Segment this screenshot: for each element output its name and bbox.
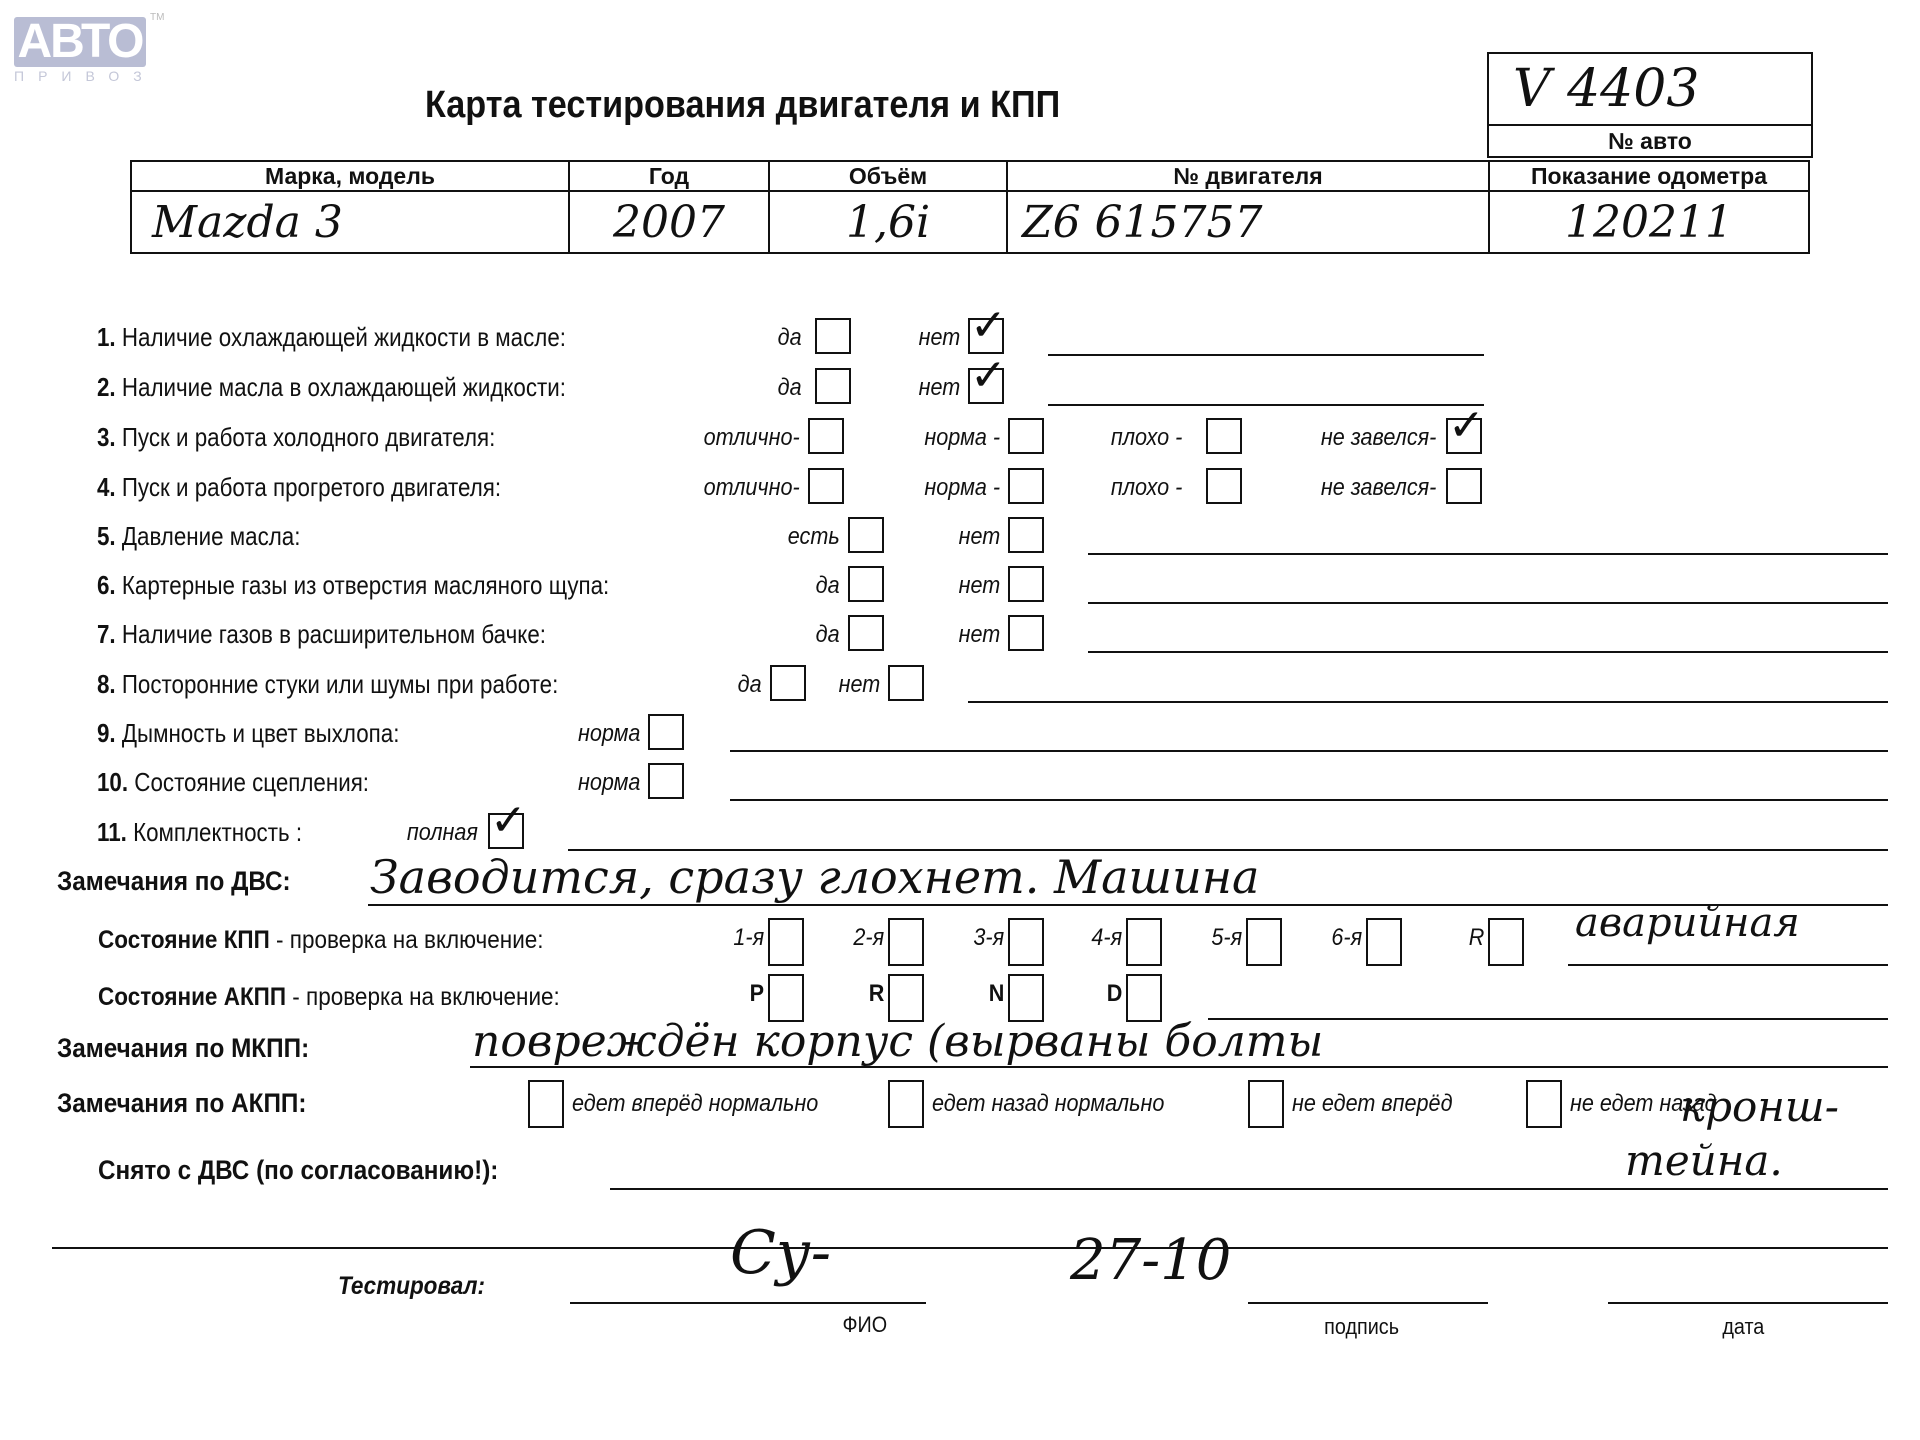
question-label: Посторонние стуки или шумы при работе: [116, 669, 559, 699]
checkbox-q3-opt3[interactable] [1206, 418, 1242, 454]
date-caption: дата [1722, 1314, 1764, 1340]
logo: АВТО [14, 17, 146, 67]
odometer-value[interactable]: 120211 [1489, 191, 1809, 253]
option-label: не завелся- [1320, 474, 1436, 502]
checkbox-q4-opt1[interactable] [808, 468, 844, 504]
akpp-gear-label: N [988, 980, 1004, 1008]
checkbox-q3-opt2[interactable] [1008, 418, 1044, 454]
question-label: Дымность и цвет выхлопа: [116, 718, 400, 748]
vehicle-info-table: Марка, модель Год Объём № двигателя Пока… [130, 160, 1810, 254]
section-divider [52, 1247, 1888, 1249]
question-label: Картерные газы из отверстия масляного щу… [116, 570, 610, 600]
page-title: Карта тестирования двигателя и КПП [425, 84, 1060, 127]
option-label: норма [578, 720, 640, 748]
comment-line[interactable] [730, 799, 1888, 801]
akpp-remark-checkbox[interactable] [1526, 1080, 1562, 1128]
akpp-gear-label: R [868, 980, 884, 1008]
akpp-gear-checkbox-d[interactable] [1126, 974, 1162, 1022]
option-label: да [816, 572, 840, 600]
option-label: нет [918, 374, 960, 402]
date-line[interactable] [1608, 1302, 1888, 1304]
option-label: плохо - [1111, 474, 1182, 502]
option-label: нет [958, 621, 1000, 649]
kpp-gear-label: 5-я [1211, 924, 1242, 952]
comment-line[interactable] [968, 701, 1888, 703]
question-number: 3. [97, 422, 116, 452]
question-1-text: 1. Наличие охлаждающей жидкости в масле: [97, 322, 566, 353]
trademark: TM [150, 12, 164, 23]
kpp-gear-label: R [1468, 924, 1484, 952]
question-number: 4. [97, 472, 116, 502]
checkbox-q10-opt1[interactable] [648, 763, 684, 799]
remarks-manual-label: Замечания по МКПП: [57, 1033, 309, 1064]
question-number: 1. [97, 322, 116, 352]
checkbox-q5-opt1[interactable] [848, 517, 884, 553]
akpp-gear-label: D [1106, 980, 1122, 1008]
question-number: 8. [97, 669, 116, 699]
kpp-gear-label: 3-я [973, 924, 1004, 952]
kpp-gear-label: 2-я [853, 924, 884, 952]
question-number: 6. [97, 570, 116, 600]
tested-by-date-value[interactable]: 27-10 [1070, 1228, 1231, 1293]
auto-number-box: V 4403 № авто [1487, 52, 1813, 158]
checkbox-q8-opt1[interactable] [770, 665, 806, 701]
checkmark-icon: ✓ [1448, 404, 1485, 448]
question-label: Наличие масла в охлаждающей жидкости: [116, 372, 566, 402]
auto-number-label: № авто [1489, 126, 1811, 156]
option-label: отлично- [704, 474, 800, 502]
question-number: 2. [97, 372, 116, 402]
option-label: да [778, 324, 802, 352]
option-label: есть [788, 523, 840, 551]
option-label: норма - [924, 474, 1000, 502]
akpp-remark-label: едет назад нормально [932, 1090, 1164, 1118]
col-odometer: Показание одометра [1489, 161, 1809, 191]
checkmark-icon: ✓ [970, 304, 1007, 348]
remarks-manual-value[interactable]: повреждён корпус (вырваны болты [472, 1016, 1323, 1067]
remarks-engine-label: Замечания по ДВС: [57, 866, 291, 897]
remarks-auto-label: Замечания по АКПП: [57, 1088, 306, 1119]
question-8-text: 8. Посторонние стуки или шумы при работе… [97, 669, 558, 700]
option-label: отлично- [704, 424, 800, 452]
checkmark-icon: ✓ [490, 799, 527, 843]
remarks-engine-value-cont[interactable]: аварийная [1575, 900, 1800, 946]
question-10-text: 10. Состояние сцепления: [97, 767, 369, 798]
option-label: да [778, 374, 802, 402]
akpp-gear-label: P [750, 980, 764, 1008]
akpp-remark-checkbox[interactable] [888, 1080, 924, 1128]
option-label: плохо - [1111, 424, 1182, 452]
checkbox-q4-opt2[interactable] [1008, 468, 1044, 504]
manual-gearbox-line [1568, 964, 1888, 966]
akpp-gear-checkbox-n[interactable] [1008, 974, 1044, 1022]
remarks-manual-line [470, 1066, 1888, 1068]
checkbox-q7-opt2[interactable] [1008, 615, 1044, 651]
make-model-value[interactable]: Mazda 3 [131, 191, 569, 253]
question-label: Пуск и работа холодного двигателя: [116, 422, 496, 452]
checkbox-q6-opt2[interactable] [1008, 566, 1044, 602]
question-number: 9. [97, 718, 116, 748]
volume-value[interactable]: 1,6i [769, 191, 1007, 253]
question-label: Давление масла: [116, 521, 301, 551]
year-value[interactable]: 2007 [569, 191, 769, 253]
kpp-gear-checkbox-1-я[interactable] [768, 918, 804, 966]
comment-line[interactable] [1088, 602, 1888, 604]
question-number: 10. [97, 767, 128, 797]
kpp-gear-checkbox-6-я[interactable] [1366, 918, 1402, 966]
removed-from-engine-line[interactable] [610, 1188, 1888, 1190]
akpp-remark-label: едет вперёд нормально [572, 1090, 818, 1118]
question-7-text: 7. Наличие газов в расширительном бачке: [97, 619, 546, 650]
option-label: да [816, 621, 840, 649]
akpp-gear-checkbox-p[interactable] [768, 974, 804, 1022]
kpp-gear-checkbox-2-я[interactable] [888, 918, 924, 966]
auto-gearbox-state-label: Состояние АКПП - проверка на включение: [98, 983, 560, 1012]
auto-number-value[interactable]: V 4403 [1489, 54, 1811, 126]
kpp-gear-label: 4-я [1091, 924, 1122, 952]
question-9-text: 9. Дымность и цвет выхлопа: [97, 718, 399, 749]
question-label: Наличие газов в расширительном бачке: [116, 619, 546, 649]
question-6-text: 6. Картерные газы из отверстия масляного… [97, 570, 609, 601]
akpp-remark-checkbox[interactable] [528, 1080, 564, 1128]
checkbox-q7-opt1[interactable] [848, 615, 884, 651]
checkbox-q2-opt1[interactable] [815, 368, 851, 404]
question-label: Наличие охлаждающей жидкости в масле: [116, 322, 566, 352]
manual-gearbox-state-label: Состояние КПП - проверка на включение: [98, 926, 544, 955]
question-number: 11. [97, 817, 127, 847]
question-label: Комплектность : [127, 817, 302, 847]
signature-caption: подпись [1324, 1314, 1399, 1340]
comment-line[interactable] [1048, 404, 1484, 406]
fio-caption: ФИО [842, 1312, 887, 1338]
option-label: полная [407, 819, 478, 847]
option-label: норма [578, 769, 640, 797]
question-number: 5. [97, 521, 116, 551]
kpp-gear-checkbox-4-я[interactable] [1126, 918, 1162, 966]
question-label: Состояние сцепления: [128, 767, 369, 797]
option-label: нет [958, 523, 1000, 551]
manual-gearbox-state-rest: - проверка на включение: [270, 926, 544, 954]
option-label: нет [838, 671, 880, 699]
tested-by-label: Тестировал: [338, 1272, 485, 1301]
question-4-text: 4. Пуск и работа прогретого двигателя: [97, 472, 501, 503]
comment-line[interactable] [1048, 354, 1484, 356]
kpp-gear-checkbox-r[interactable] [1488, 918, 1524, 966]
akpp-gear-checkbox-r[interactable] [888, 974, 924, 1022]
question-label: Пуск и работа прогретого двигателя: [116, 472, 501, 502]
kpp-gear-checkbox-3-я[interactable] [1008, 918, 1044, 966]
checkbox-q3-opt1[interactable] [808, 418, 844, 454]
checkbox-q4-opt4[interactable] [1446, 468, 1482, 504]
col-year: Год [569, 161, 769, 191]
signature-line[interactable] [1248, 1302, 1488, 1304]
akpp-remark-checkbox[interactable] [1248, 1080, 1284, 1128]
col-make-model: Марка, модель [131, 161, 569, 191]
akpp-remark-label: не едет вперёд [1292, 1090, 1453, 1118]
checkbox-q9-opt1[interactable] [648, 714, 684, 750]
auto-gearbox-state-bold: Состояние АКПП [98, 983, 286, 1011]
engine-number-value[interactable]: Z6 615757 [1007, 191, 1489, 253]
option-label: не завелся- [1320, 424, 1436, 452]
col-volume: Объём [769, 161, 1007, 191]
question-11-text: 11. Комплектность : [97, 817, 302, 848]
manual-gearbox-state-bold: Состояние КПП [98, 926, 270, 954]
question-number: 7. [97, 619, 116, 649]
kpp-gear-label: 1-я [733, 924, 764, 952]
checkmark-icon: ✓ [970, 354, 1007, 398]
checkbox-q1-opt1[interactable] [815, 318, 851, 354]
kpp-gear-checkbox-5-я[interactable] [1246, 918, 1282, 966]
removed-from-engine-label: Снято с ДВС (по согласованию!): [98, 1155, 498, 1186]
remarks-manual-value-cont1[interactable]: кронш- [1680, 1082, 1839, 1131]
checkbox-q8-opt2[interactable] [888, 665, 924, 701]
comment-line[interactable] [1088, 553, 1888, 555]
question-2-text: 2. Наличие масла в охлаждающей жидкости: [97, 372, 566, 403]
option-label: нет [958, 572, 1000, 600]
checkbox-q5-opt2[interactable] [1008, 517, 1044, 553]
question-5-text: 5. Давление масла: [97, 521, 300, 552]
col-engine-number: № двигателя [1007, 161, 1489, 191]
remarks-engine-value[interactable]: Заводится, сразу глохнет. Машина [370, 850, 1259, 904]
option-label: да [738, 671, 762, 699]
tested-by-name-value[interactable]: Су- [730, 1218, 831, 1288]
comment-line[interactable] [730, 750, 1888, 752]
question-3-text: 3. Пуск и работа холодного двигателя: [97, 422, 495, 453]
comment-line[interactable] [1088, 651, 1888, 653]
remarks-manual-value-cont2[interactable]: тейна. [1625, 1136, 1783, 1185]
auto-gearbox-state-rest: - проверка на включение: [286, 983, 560, 1011]
logo-subtitle: ПРИВОЗ [14, 68, 154, 84]
fio-line[interactable] [570, 1302, 926, 1304]
option-label: норма - [924, 424, 1000, 452]
option-label: нет [918, 324, 960, 352]
checkbox-q4-opt3[interactable] [1206, 468, 1242, 504]
checkbox-q6-opt1[interactable] [848, 566, 884, 602]
kpp-gear-label: 6-я [1331, 924, 1362, 952]
